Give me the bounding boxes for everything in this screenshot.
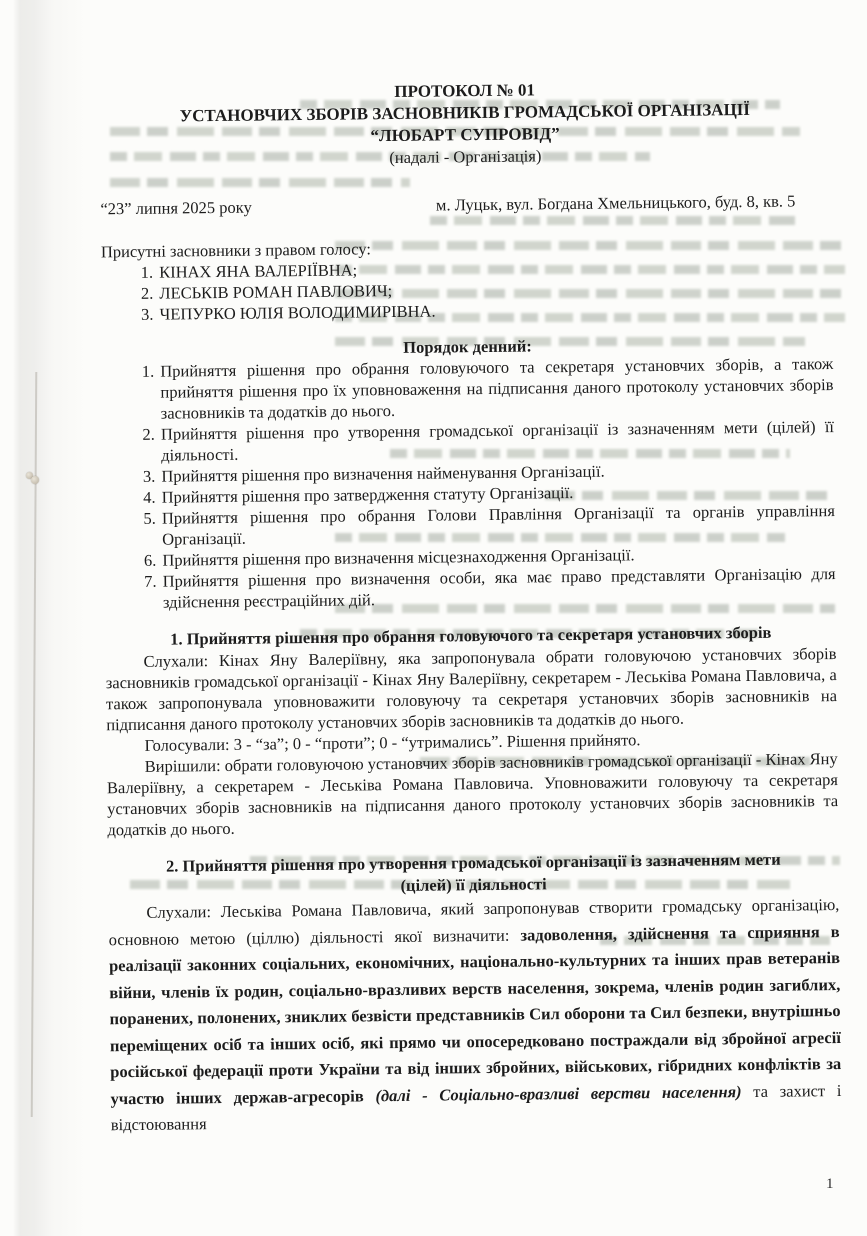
section2-heading-line1: 2. Прийняття рішення про утворення грома… — [166, 850, 781, 876]
scanned-protocol-page: ПРОТОКОЛ № 01 УСТАНОВЧИХ ЗБОРІВ ЗАСНОВНИ… — [0, 0, 867, 1236]
protocol-address: м. Луцьк, вул. Богдана Хмельницького, бу… — [436, 190, 832, 215]
agenda-list: Прийняття рішення про обрання головуючог… — [102, 353, 836, 613]
dateline: “23” липня 2025 року м. Луцьк, вул. Богд… — [100, 190, 831, 219]
section2-purpose-bold-text: задоволення, здійснення та сприяння в ре… — [109, 921, 841, 1107]
scan-edge-shadow — [0, 0, 90, 1236]
founders-block: Присутні засновники з правом голосу: КІН… — [101, 233, 833, 325]
section1-resolved-paragraph: Вирішили: обрати головуючою установчих з… — [107, 748, 839, 840]
document-content: ПРОТОКОЛ № 01 УСТАНОВЧИХ ЗБОРІВ ЗАСНОВНИ… — [99, 76, 842, 1139]
section2-defined-term: (далі - Соціально-вразливі верстви насел… — [375, 1082, 741, 1105]
section2-heading-line2: (цілей) її діяльності — [400, 874, 546, 895]
protocol-date: “23” липня 2025 року — [100, 197, 252, 220]
page-number: 1 — [826, 1176, 834, 1193]
agenda-item: Прийняття рішення про визначення особи, … — [161, 563, 836, 613]
section1-heard-paragraph: Слухали: Кінах Яну Валеріївну, яка запро… — [105, 643, 837, 735]
founders-list: КІНАХ ЯНА ВАЛЕРІЇВНА; ЛЕСЬКІВ РОМАН ПАВЛ… — [101, 254, 833, 325]
agenda-item: Прийняття рішення про обрання головуючог… — [158, 353, 834, 424]
section2-heard-paragraph: Слухали: Леськіва Романа Павловича, який… — [108, 892, 842, 1139]
binding-thread-knot — [26, 472, 40, 488]
